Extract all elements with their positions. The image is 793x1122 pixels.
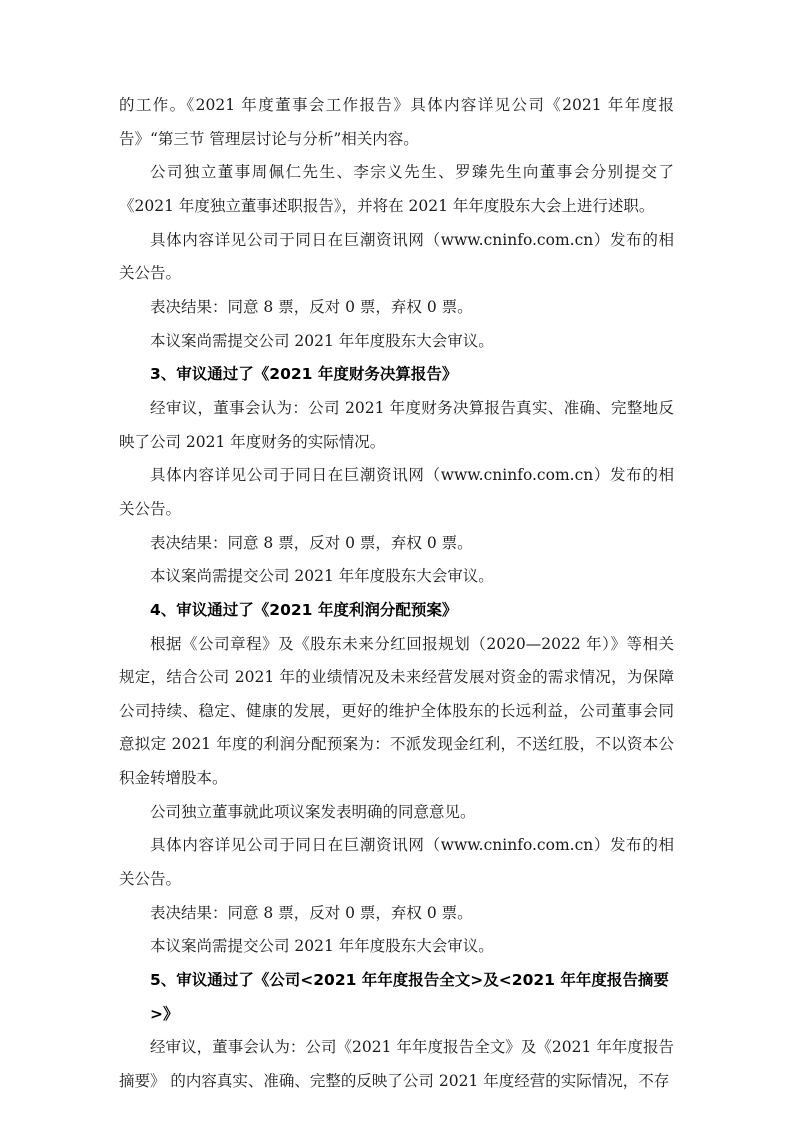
paragraph-submit-shareholders: 本议案尚需提交公司 2021 年年度股东大会审议。 bbox=[119, 560, 674, 594]
paragraph-submit-shareholders: 本议案尚需提交公司 2021 年年度股东大会审议。 bbox=[119, 325, 674, 359]
paragraph-cninfo-reference: 具体内容详见公司于同日在巨潮资讯网（www.cninfo.com.cn）发布的相… bbox=[119, 459, 674, 526]
paragraph-submit-shareholders: 本议案尚需提交公司 2021 年年度股东大会审议。 bbox=[119, 930, 674, 964]
section-heading-5: 5、审议通过了《公司<2021 年年度报告全文>及<2021 年年度报告摘要>》 bbox=[119, 964, 674, 1031]
paragraph-board-report-ref: 的工作。《2021 年度董事会工作报告》具体内容详见公司《2021 年年度报告》… bbox=[119, 89, 674, 156]
paragraph-profit-distribution: 根据《公司章程》及《股东未来分红回报规划（2020—2022 年）》等相关规定，… bbox=[119, 628, 674, 796]
paragraph-independent-opinion: 公司独立董事就此项议案发表明确的同意意见。 bbox=[119, 796, 674, 830]
paragraph-cninfo-reference: 具体内容详见公司于同日在巨潮资讯网（www.cninfo.com.cn）发布的相… bbox=[119, 829, 674, 896]
paragraph-financial-report-opinion: 经审议，董事会认为：公司 2021 年度财务决算报告真实、准确、完整地反映了公司… bbox=[119, 392, 674, 459]
document-page: 的工作。《2021 年度董事会工作报告》具体内容详见公司《2021 年年度报告》… bbox=[119, 89, 674, 1099]
section-heading-3: 3、审议通过了《2021 年度财务决算报告》 bbox=[119, 358, 674, 392]
paragraph-cninfo-reference: 具体内容详见公司于同日在巨潮资讯网（www.cninfo.com.cn）发布的相… bbox=[119, 224, 674, 291]
paragraph-annual-report-opinion: 经审议，董事会认为：公司《2021 年年度报告全文》及《2021 年年度报告摘要… bbox=[119, 1031, 674, 1098]
paragraph-vote-result: 表决结果：同意 8 票，反对 0 票，弃权 0 票。 bbox=[119, 897, 674, 931]
paragraph-vote-result: 表决结果：同意 8 票，反对 0 票，弃权 0 票。 bbox=[119, 291, 674, 325]
paragraph-independent-directors: 公司独立董事周佩仁先生、李宗义先生、罗臻先生向董事会分别提交了《2021 年度独… bbox=[119, 156, 674, 223]
section-heading-4: 4、审议通过了《2021 年度利润分配预案》 bbox=[119, 594, 674, 628]
paragraph-vote-result: 表决结果：同意 8 票，反对 0 票，弃权 0 票。 bbox=[119, 527, 674, 561]
